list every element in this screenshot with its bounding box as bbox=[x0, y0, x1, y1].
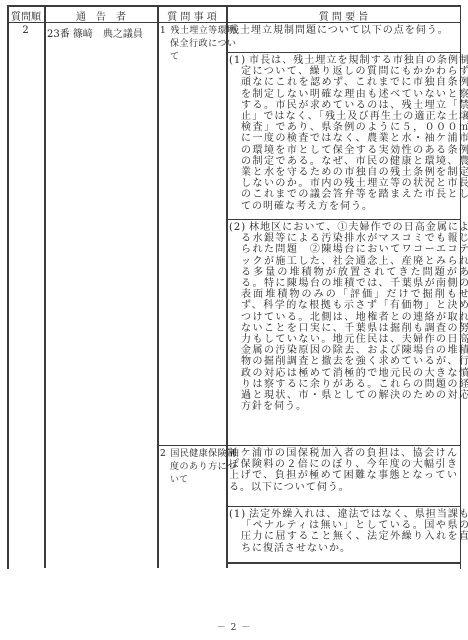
item-row-divider bbox=[157, 445, 461, 446]
point-1-1-text: 市長は、残土埋立を規制する市独自の条例制定について、繰り返しの質問にもかかわらず… bbox=[241, 55, 468, 212]
subject-item-2-text: 国民健康保険制度のあり方について bbox=[170, 449, 236, 485]
notifier-cell: 23番 篠﨑 典之議員 bbox=[47, 25, 156, 40]
summary-divider-3 bbox=[226, 506, 461, 507]
point-2-1-text: 法定外繰入れは、違法ではなく、県担当課も「ペナルティは無い」としている。国や県の… bbox=[241, 509, 468, 554]
summary-point-1-2: (2)林地区において、①夫婦作での日高金属による水銀等による汚染排水がマスコミで… bbox=[229, 222, 468, 412]
point-1-2-text: 林地区において、①夫婦作での日高金属による水銀等による汚染排水がマスコミでも報じ… bbox=[241, 222, 468, 412]
summary-point-2-1: (1)法定外繰入れは、違法ではなく、県担当課も「ペナルティは無い」としている。国… bbox=[229, 509, 468, 554]
subject-item-1: 1残土埋立等環境保全行政について bbox=[160, 25, 236, 64]
subject-item-2: 2国民健康保険制度のあり方について bbox=[160, 448, 236, 487]
summary-intro-1: 残土埋立規制問題について以下の点を伺う。 bbox=[229, 25, 458, 36]
question-order-cell: 2 bbox=[7, 25, 44, 36]
table-border-top bbox=[7, 5, 461, 7]
point-2-1-label: (1) bbox=[229, 509, 249, 520]
summary-bottom-border bbox=[226, 562, 461, 565]
header-question-subject: 質 問 事 項 bbox=[158, 8, 226, 23]
subject-item-2-number: 2 bbox=[160, 448, 170, 461]
summary-divider-2 bbox=[226, 219, 461, 220]
point-1-1-label: (1) bbox=[229, 55, 249, 66]
summary-intro-2: 袖ケ浦市の国保税加入者の負担は、協会けんぽ保険料の２倍にのぼり、今年度の大幅引き… bbox=[229, 448, 458, 493]
table-border-left bbox=[7, 5, 9, 569]
point-1-2-label: (2) bbox=[229, 222, 249, 233]
summary-point-1-1: (1)市長は、残土埋立を規制する市独自の条例制定について、繰り返しの質問にもかか… bbox=[229, 55, 468, 212]
column-divider-order bbox=[44, 5, 46, 568]
subject-item-1-number: 1 bbox=[160, 25, 170, 38]
header-question-summary: 質 問 要 旨 bbox=[227, 8, 460, 23]
summary-divider-1 bbox=[226, 52, 461, 53]
header-notifier: 通 告 者 bbox=[45, 8, 157, 23]
document-page: 質問順 通 告 者 質 問 事 項 質 問 要 旨 2 23番 篠﨑 典之議員 … bbox=[0, 0, 468, 640]
header-question-order: 質問順 bbox=[8, 8, 44, 23]
page-number: － 2 － bbox=[0, 620, 468, 633]
column-divider-notifier bbox=[157, 5, 159, 568]
subject-item-1-text: 残土埋立等環境保全行政について bbox=[170, 26, 236, 62]
